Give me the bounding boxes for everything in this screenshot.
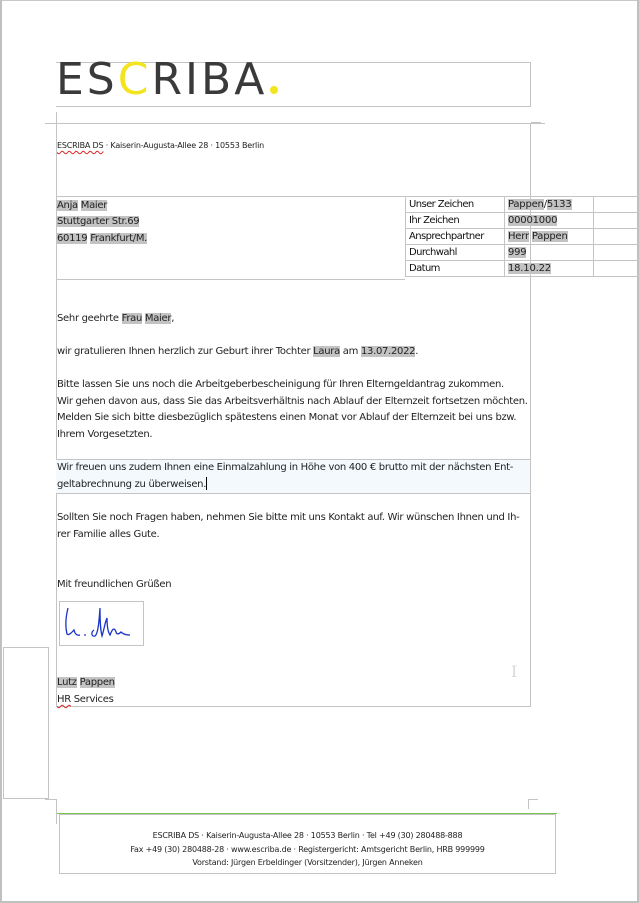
page-edge-left xyxy=(0,0,2,903)
footer-line-address: ESCRIBA DS · Kaiserin-Augusta-Allee 28 ·… xyxy=(60,829,555,843)
footer-corner-mark-left-v xyxy=(56,799,57,824)
info-row-durchwahl: Durchwahl 999 xyxy=(406,245,639,261)
salutation[interactable]: Sehr geehrte Frau Maier, xyxy=(57,311,532,328)
info-value[interactable]: 18.10.22 xyxy=(504,261,593,277)
footer-corner-mark-right xyxy=(528,799,538,800)
info-label: Durchwahl xyxy=(406,245,505,261)
info-label: Datum xyxy=(406,261,505,277)
info-value[interactable]: Pappen/5133 xyxy=(504,197,593,213)
greeting[interactable]: Mit freundlichen Grüßen xyxy=(57,577,532,594)
info-row-unser-zeichen: Unser Zeichen Pappen/5133 xyxy=(406,197,639,213)
payment-paragraph[interactable]: Wir freuen uns zudem Ihnen eine Einmalza… xyxy=(57,460,532,493)
congratulation-paragraph[interactable]: wir gratulieren Ihnen herzlich zur Gebur… xyxy=(57,344,532,361)
footer-line-board: Vorstand: Jürgen Erbeldinger (Vorsitzend… xyxy=(60,856,555,870)
footer-corner-mark-right-v xyxy=(528,799,529,809)
info-value[interactable]: 999 xyxy=(504,245,593,261)
left-margin-frame xyxy=(3,647,49,799)
page-edge-top xyxy=(0,0,639,1)
page-footer[interactable]: ESCRIBA DS · Kaiserin-Augusta-Allee 28 ·… xyxy=(59,814,556,874)
address-frame-top xyxy=(56,196,405,197)
sender-return-address: ESCRIBA DS · Kaiserin-Augusta-Allee 28 ·… xyxy=(57,141,264,150)
recipient-street[interactable]: Stuttgarter Str.69 xyxy=(57,214,139,230)
signer-department[interactable]: HR Services xyxy=(57,692,532,709)
recipient-name[interactable]: Anja Maier xyxy=(57,198,107,214)
info-row-ansprechpartner: Ansprechpartner Herr Pappen xyxy=(406,229,639,245)
info-value[interactable]: 00001000 xyxy=(504,213,593,229)
request-paragraph[interactable]: Bitte lassen Sie uns noch die Arbeitgebe… xyxy=(57,377,532,443)
info-row-ihr-zeichen: Ihr Zeichen 00001000 xyxy=(406,213,639,229)
info-label: Ihr Zeichen xyxy=(406,213,505,229)
footer-line-contact: Fax +49 (30) 280488-28 · www.escriba.de … xyxy=(60,843,555,857)
signer-name[interactable]: Lutz Pappen xyxy=(57,675,532,692)
info-value[interactable]: Herr Pappen xyxy=(504,229,593,245)
info-label: Ansprechpartner xyxy=(406,229,505,245)
reference-info-table: Unser Zeichen Pappen/5133 Ihr Zeichen 00… xyxy=(405,196,639,277)
company-logo: ESCRIBA xyxy=(56,56,278,104)
mouse-ibeam-cursor: I xyxy=(511,662,517,681)
text-cursor xyxy=(206,477,207,490)
recipient-city[interactable]: 60119 Frankfurt/M. xyxy=(57,231,147,247)
address-frame-bottom xyxy=(56,279,405,280)
signature-icon xyxy=(60,602,143,645)
corner-mark xyxy=(531,122,541,123)
info-label: Unser Zeichen xyxy=(406,197,505,213)
header-guide-line xyxy=(45,123,545,124)
closing-paragraph[interactable]: Sollten Sie noch Fragen haben, nehmen Si… xyxy=(57,510,532,543)
signature-image[interactable] xyxy=(59,601,144,646)
info-row-datum: Datum 18.10.22 xyxy=(406,261,639,277)
